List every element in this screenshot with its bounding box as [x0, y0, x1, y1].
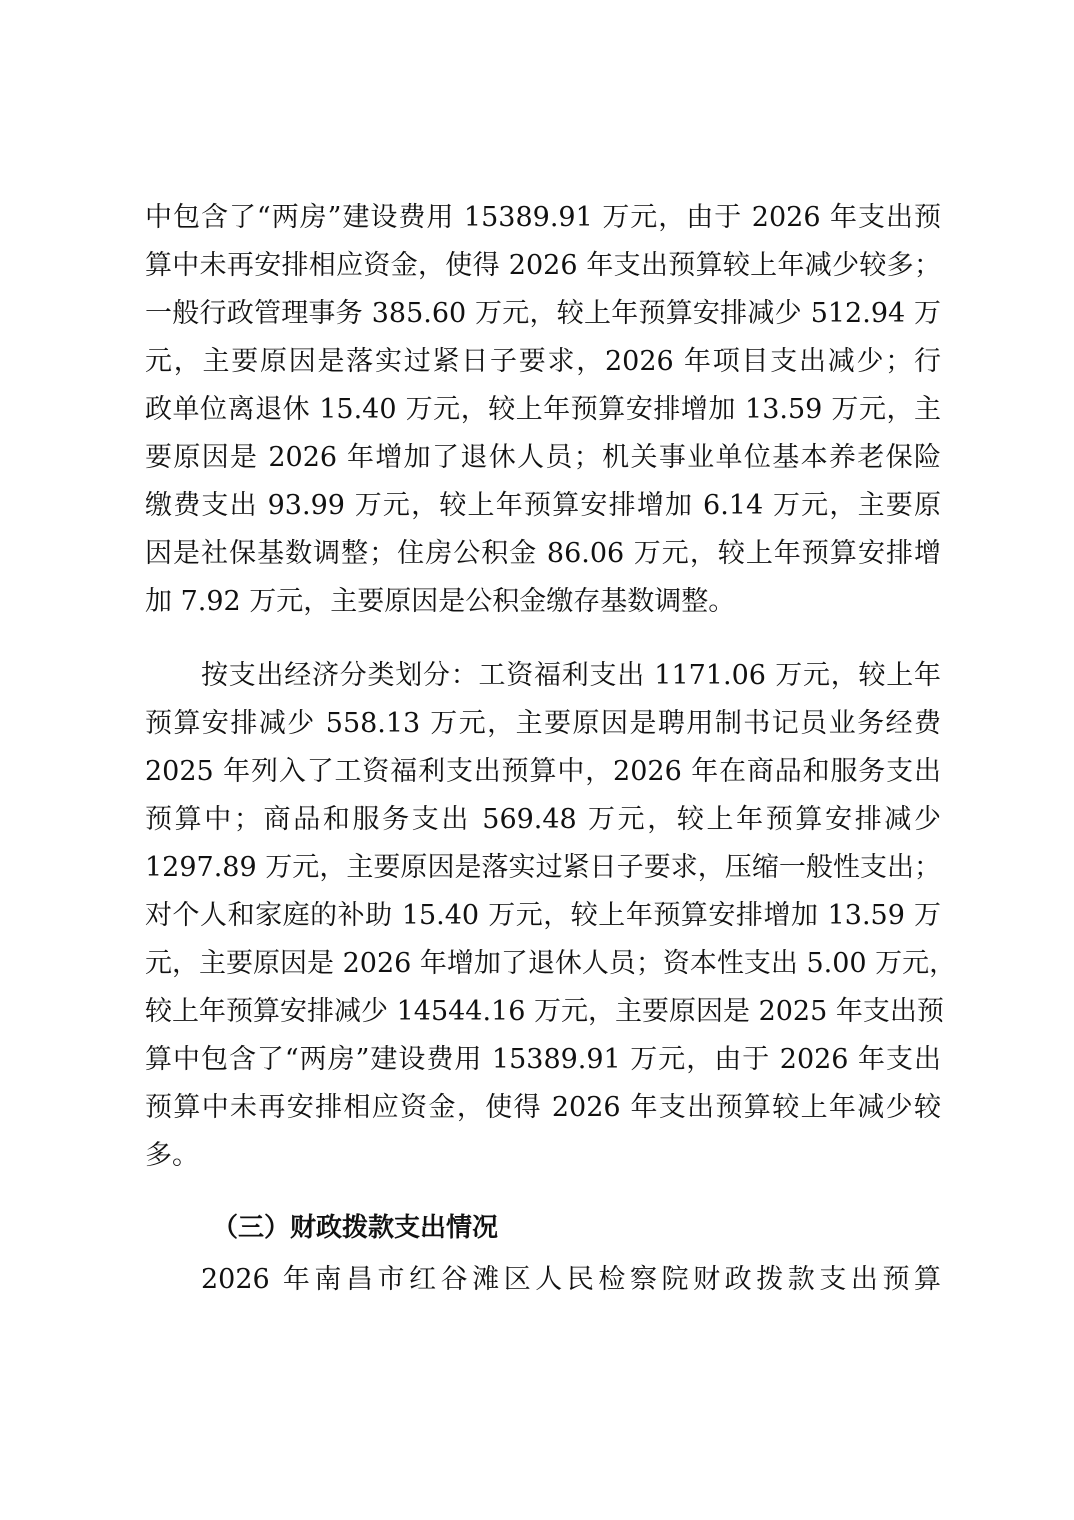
paragraph-1-line-9: 加 7.92 万元，主要原因是公积金缴存基数调整。	[145, 578, 941, 626]
paragraph-2-line-1: 按支出经济分类划分：工资福利支出 1171.06 万元，较上年	[201, 652, 941, 700]
paragraph-1-line-8: 因是社保基数调整；住房公积金 86.06 万元，较上年预算安排增	[145, 530, 941, 578]
paragraph-2-line-2: 预算安排减少 558.13 万元，主要原因是聘用制书记员业务经费	[145, 700, 941, 748]
paragraph-1-line-7: 缴费支出 93.99 万元，较上年预算安排增加 6.14 万元，主要原	[145, 482, 941, 530]
paragraph-1-line-2: 算中未再安排相应资金，使得 2026 年支出预算较上年减少较多；	[145, 242, 941, 290]
paragraph-1-line-1: 中包含了“两房”建设费用 15389.91 万元，由于 2026 年支出预	[145, 194, 941, 242]
paragraph-2-line-5: 1297.89 万元，主要原因是落实过紧日子要求，压缩一般性支出；	[145, 844, 941, 892]
paragraph-2-line-6: 对个人和家庭的补助 15.40 万元，较上年预算安排增加 13.59 万	[145, 892, 941, 940]
paragraph-2-line-3: 2025 年列入了工资福利支出预算中，2026 年在商品和服务支出	[145, 748, 941, 796]
paragraph-2-line-11: 多。	[145, 1132, 941, 1180]
document-page: 中包含了“两房”建设费用 15389.91 万元，由于 2026 年支出预 算中…	[0, 0, 1074, 1520]
paragraph-3-line-1: 2026 年南昌市红谷滩区人民检察院财政拨款支出预算	[201, 1256, 941, 1304]
paragraph-1-line-3: 一般行政管理事务 385.60 万元，较上年预算安排减少 512.94 万	[145, 290, 941, 338]
paragraph-1-line-5: 政单位离退休 15.40 万元，较上年预算安排增加 13.59 万元，主	[145, 386, 941, 434]
paragraph-2-line-7: 元，主要原因是 2026 年增加了退休人员；资本性支出 5.00 万元，	[145, 940, 941, 988]
paragraph-2-line-4: 预算中；商品和服务支出 569.48 万元，较上年预算安排减少	[145, 796, 941, 844]
paragraph-2-line-8: 较上年预算安排减少 14544.16 万元，主要原因是 2025 年支出预	[145, 988, 941, 1036]
section-heading: （三）财政拨款支出情况	[212, 1204, 498, 1252]
paragraph-1-line-4: 元，主要原因是落实过紧日子要求，2026 年项目支出减少；行	[145, 338, 941, 386]
paragraph-2-line-10: 预算中未再安排相应资金，使得 2026 年支出预算较上年减少较	[145, 1084, 941, 1132]
paragraph-1-line-6: 要原因是 2026 年增加了退休人员；机关事业单位基本养老保险	[145, 434, 941, 482]
paragraph-2-line-9: 算中包含了“两房”建设费用 15389.91 万元，由于 2026 年支出	[145, 1036, 941, 1084]
